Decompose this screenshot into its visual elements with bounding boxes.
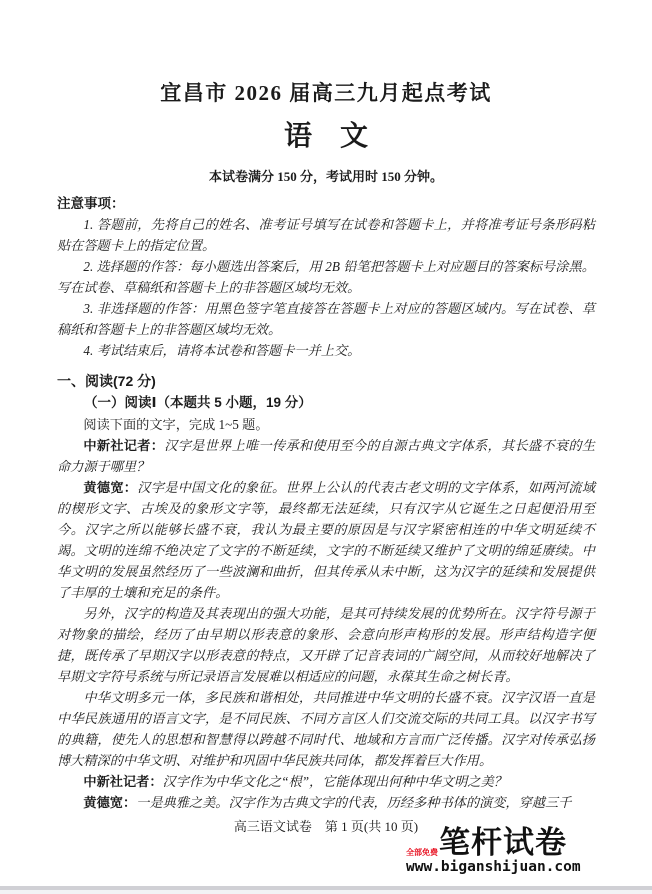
paragraph-text: 汉字作为中华文化之“根”，它能体现出何种中华文明之美？	[163, 774, 507, 789]
passage-paragraphs: 中新社记者：汉字是世界上唯一传承和使用至今的自源古典文字体系，其长盛不衰的生命力…	[57, 435, 595, 813]
passage-paragraph: 中华文明多元一体，多民族和谐相处，共同推进中华文明的长盛不衰。汉字汉语一直是中华…	[57, 687, 595, 771]
speaker-name: 中新社记者：	[83, 774, 162, 789]
exam-page: 宜昌市 2026 届高三九月起点考试 语 文 本试卷满分 150 分，考试用时 …	[0, 0, 652, 894]
watermark: 全部免费 笔杆试卷 www.biganshijuan.com	[406, 826, 644, 875]
notice-item: 1. 答题前，先将自己的姓名、准考证号填写在试卷和答题卡上，并将准考证号条形码粘…	[57, 214, 595, 256]
speaker-name: 中新社记者：	[83, 438, 164, 453]
passage-paragraph: 中新社记者：汉字是世界上唯一传承和使用至今的自源古典文字体系，其长盛不衰的生命力…	[57, 435, 595, 477]
watermark-brand: 笔杆试卷	[439, 826, 567, 859]
exam-info-line: 本试卷满分 150 分，考试用时 150 分钟。	[57, 168, 595, 186]
notice-item: 3. 非选择题的作答：用黑色签字笔直接答在答题卡上对应的答题区域内。写在试卷、草…	[57, 298, 595, 340]
reading-section: 一、阅读(72 分) （一）阅读Ⅰ（本题共 5 小题，19 分） 阅读下面的文字…	[57, 370, 595, 435]
watermark-brand-row: 全部免费 笔杆试卷	[406, 826, 644, 859]
passage-paragraph: 黄德宽：一是典雅之美。汉字作为古典文字的代表，历经多种书体的演变，穿越三千	[57, 792, 595, 813]
watermark-url: www.biganshijuan.com	[406, 859, 644, 875]
paragraph-text: 另外，汉字的构造及其表现出的强大功能，是其可持续发展的优势所在。汉字符号源于对物…	[57, 606, 595, 684]
exam-document: 宜昌市 2026 届高三九月起点考试 语 文 本试卷满分 150 分，考试用时 …	[57, 80, 595, 813]
paragraph-text: 一是典雅之美。汉字作为古典文字的代表，历经多种书体的演变，穿越三千	[136, 795, 571, 810]
passage-paragraph: 黄德宽：汉字是中国文化的象征。世界上公认的代表古老文明的文字体系，如两河流域的楔…	[57, 477, 595, 603]
notice-heading: 注意事项：	[57, 194, 595, 214]
notice-section: 注意事项： 1. 答题前，先将自己的姓名、准考证号填写在试卷和答题卡上，并将准考…	[57, 194, 595, 361]
notice-item: 2. 选择题的作答：每小题选出答案后，用 2B 铅笔把答题卡上对应题目的答案标号…	[57, 256, 595, 298]
paragraph-text: 中华文明多元一体，多民族和谐相处，共同推进中华文明的长盛不衰。汉字汉语一直是中华…	[57, 690, 595, 768]
exam-title: 宜昌市 2026 届高三九月起点考试	[57, 80, 595, 106]
speaker-name: 黄德宽：	[83, 480, 137, 495]
passage-paragraph: 另外，汉字的构造及其表现出的强大功能，是其可持续发展的优势所在。汉字符号源于对物…	[57, 603, 595, 687]
speaker-name: 黄德宽：	[83, 795, 136, 810]
part-heading: 一、阅读(72 分)	[57, 370, 595, 392]
passage-paragraph: 中新社记者：汉字作为中华文化之“根”，它能体现出何种中华文明之美？	[57, 771, 595, 792]
notice-item: 4. 考试结束后，请将本试卷和答题卡一并上交。	[57, 340, 595, 361]
subject-title: 语 文	[57, 119, 595, 153]
watermark-free-tag: 全部免费	[406, 848, 438, 859]
sub-heading: （一）阅读Ⅰ（本题共 5 小题，19 分）	[57, 392, 595, 414]
bottom-bar-under	[0, 890, 652, 894]
reading-instruction: 阅读下面的文字，完成 1~5 题。	[57, 414, 595, 435]
notice-items: 1. 答题前，先将自己的姓名、准考证号填写在试卷和答题卡上，并将准考证号条形码粘…	[57, 214, 595, 361]
paragraph-text: 汉字是中国文化的象征。世界上公认的代表古老文明的文字体系，如两河流域的楔形文字、…	[57, 480, 595, 600]
